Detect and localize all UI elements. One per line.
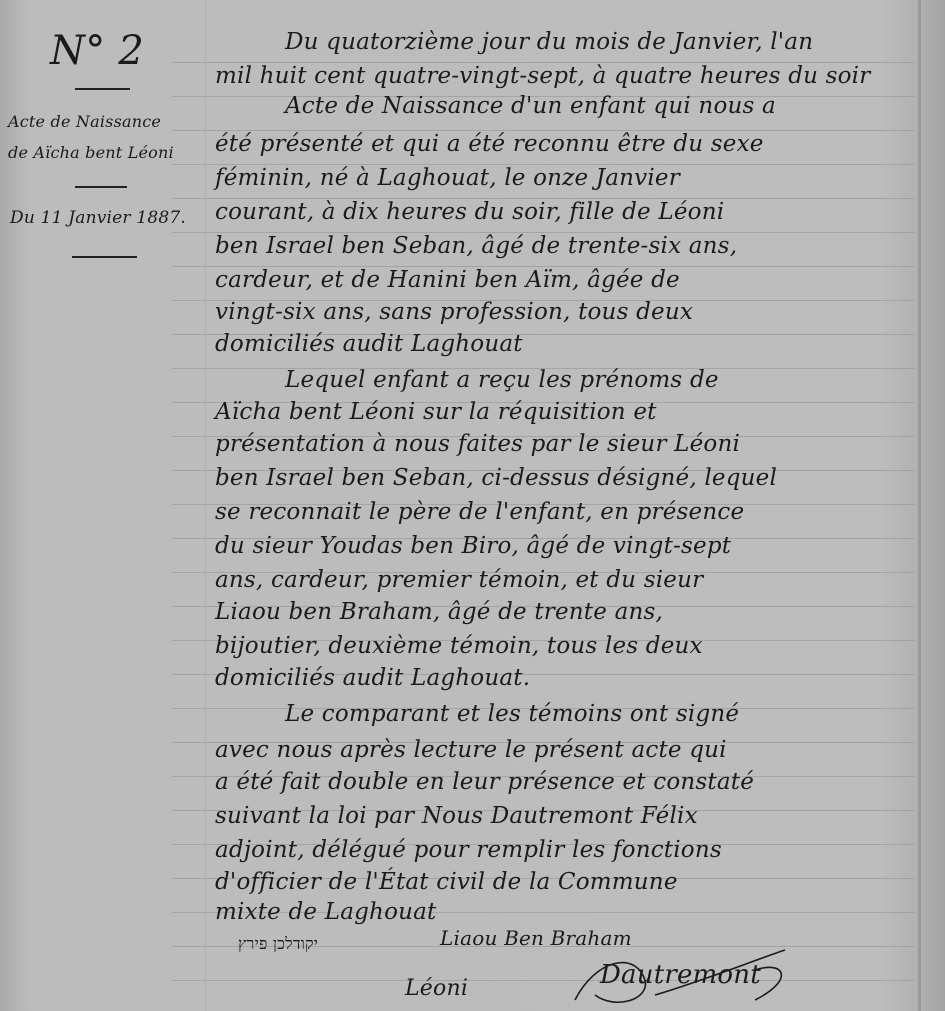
- body-line: présentation à nous faites par le sieur …: [215, 430, 740, 458]
- body-line: cardeur, et de Hanini ben Aïm, âgée de: [215, 266, 680, 294]
- margin-act-title: Acte de Naissance: [8, 112, 161, 131]
- margin-underline: [75, 186, 127, 188]
- scanned-document-page: N° 2 Acte de Naissance de Aïcha bent Léo…: [0, 0, 945, 1011]
- body-line: a été fait double en leur présence et co…: [215, 768, 754, 796]
- body-line: ben Israel ben Seban, âgé de trente-six …: [215, 232, 737, 260]
- page-fold: [918, 0, 921, 1011]
- body-line: domiciliés audit Laghouat.: [215, 664, 530, 692]
- body-line: Aïcha bent Léoni sur la réquisition et: [215, 398, 657, 426]
- body-line: courant, à dix heures du soir, fille de …: [215, 198, 724, 226]
- record-number: N° 2: [50, 28, 144, 74]
- body-line: ans, cardeur, premier témoin, et du sieu…: [215, 566, 703, 594]
- body-line: ben Israel ben Seban, ci-dessus désigné,…: [215, 464, 777, 492]
- body-line: bijoutier, deuxième témoin, tous les deu…: [215, 632, 703, 660]
- body-line: domiciliés audit Laghouat: [215, 330, 523, 358]
- body-line: mixte de Laghouat: [215, 898, 437, 926]
- body-line: Le comparant et les témoins ont signé: [285, 700, 739, 728]
- body-line: été présenté et qui a été reconnu être d…: [215, 130, 764, 158]
- body-line: féminin, né à Laghouat, le onze Janvier: [215, 164, 680, 192]
- signature-hebrew: יקודלכן פירץ: [238, 934, 318, 954]
- body-line: Du quatorzième jour du mois de Janvier, …: [285, 28, 813, 56]
- body-line: du sieur Youdas ben Biro, âgé de vingt-s…: [215, 532, 731, 560]
- body-line: adjoint, délégué pour remplir les foncti…: [215, 836, 722, 864]
- margin-child-name: de Aïcha bent Léoni: [8, 143, 174, 162]
- body-line: mil huit cent quatre-vingt-sept, à quatr…: [215, 62, 870, 90]
- signature-flourish: [555, 940, 815, 1011]
- margin-date: Du 11 Janvier 1887.: [10, 208, 186, 228]
- margin-date-underline: [72, 256, 137, 258]
- body-line: d'officier de l'État civil de la Commune: [215, 868, 678, 896]
- record-number-underline: [75, 88, 130, 90]
- body-line: Liaou ben Braham, âgé de trente ans,: [215, 598, 663, 626]
- body-line: suivant la loi par Nous Dautremont Félix: [215, 802, 698, 830]
- body-line: vingt-six ans, sans profession, tous deu…: [215, 298, 693, 326]
- body-line: se reconnait le père de l'enfant, en pré…: [215, 498, 744, 526]
- body-line: avec nous après lecture le présent acte …: [215, 736, 727, 764]
- signature-father: Léoni: [405, 976, 468, 1001]
- margin-rule: [205, 0, 206, 1011]
- body-line: Lequel enfant a reçu les prénoms de: [285, 366, 719, 394]
- body-line: Acte de Naissance d'un enfant qui nous a: [285, 92, 776, 120]
